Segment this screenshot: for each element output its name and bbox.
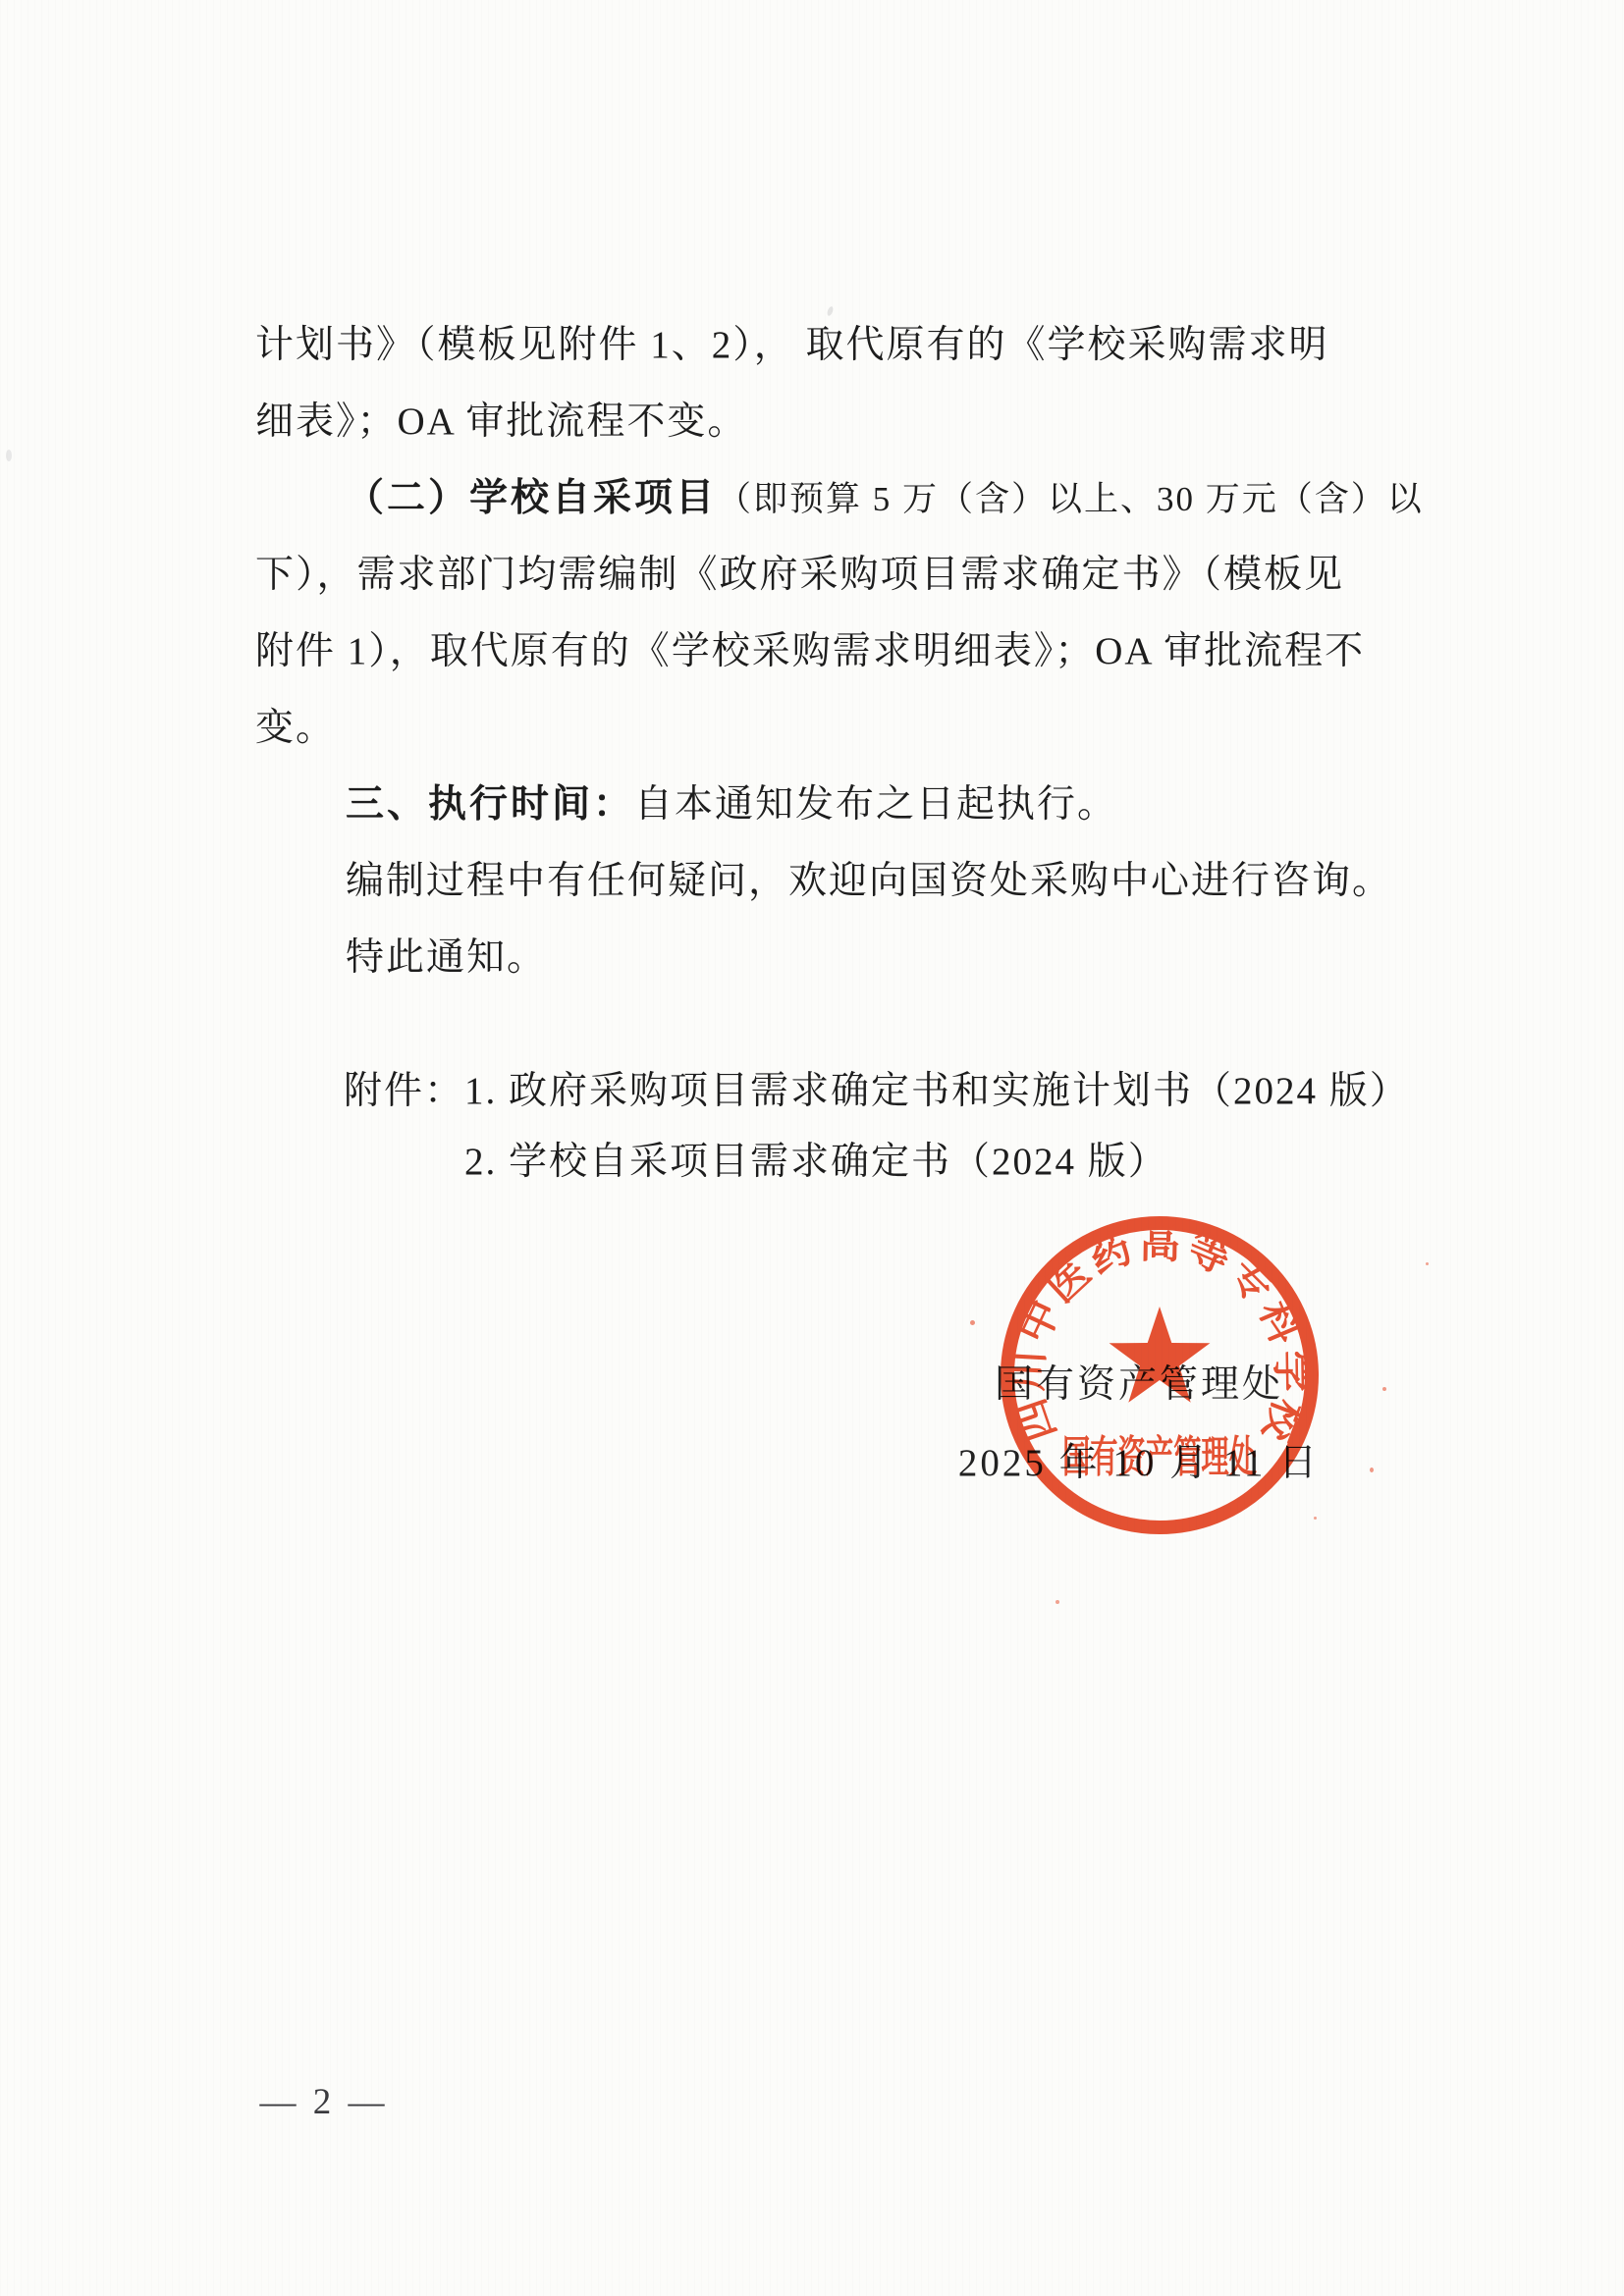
body-line-6: 变。 (255, 690, 1492, 767)
attachment-item-1: 附件：1. 政府采购项目需求确定书和实施计划书（2024 版） (255, 1056, 1492, 1127)
body-line-1: 计划书》（模板见附件 1、2）， 取代原有的《学校采购需求明 (255, 307, 1492, 384)
body-line-2: 细表》；OA 审批流程不变。 (255, 384, 1492, 460)
body-line-3-parenthetical: （即预算 5 万（含）以上、30 万元（含）以 (717, 480, 1424, 518)
attachment-list: 附件：1. 政府采购项目需求确定书和实施计划书（2024 版） 2. 学校自采项… (255, 1056, 1492, 1198)
ink-speck (1370, 1468, 1374, 1472)
seal-bottom-text: 国有资产管理处 (1062, 1433, 1257, 1481)
body-line-7-rest: 自本通知发布之日起执行。 (634, 783, 1117, 826)
seal-star-icon (1110, 1307, 1211, 1403)
page-number: — 2 — (245, 2067, 403, 2138)
body-line-5: 附件 1），取代原有的《学校采购需求明细表》；OA 审批流程不 (255, 614, 1492, 690)
document-page: 计划书》（模板见附件 1、2）， 取代原有的《学校采购需求明 细表》；OA 审批… (0, 0, 1624, 2296)
body-line-7: 三、执行时间：自本通知发布之日起执行。 (255, 767, 1492, 843)
body-text: 计划书》（模板见附件 1、2）， 取代原有的《学校采购需求明 细表》；OA 审批… (255, 307, 1492, 996)
official-seal: 四川中医药高等专科学校 国有资产管理处 (973, 1189, 1346, 1562)
attachment-item-2: 2. 学校自采项目需求确定书（2024 版） (255, 1127, 1492, 1198)
subheading-school-self-procurement: （二）学校自采项目 (346, 477, 717, 519)
ink-speck (1382, 1387, 1386, 1391)
body-line-4: 下），需求部门均需编制《政府采购项目需求确定书》（模板见 (255, 537, 1492, 614)
ink-speck (1426, 1262, 1429, 1265)
body-line-8: 编制过程中有任何疑问，欢迎向国资处采购中心进行咨询。 (255, 843, 1492, 920)
scan-speck (6, 450, 12, 461)
subheading-execution-time: 三、执行时间： (346, 783, 634, 826)
body-line-9: 特此通知。 (255, 920, 1492, 996)
ink-speck (1056, 1600, 1059, 1604)
body-line-3: （二）学校自采项目（即预算 5 万（含）以上、30 万元（含）以 (255, 460, 1492, 537)
